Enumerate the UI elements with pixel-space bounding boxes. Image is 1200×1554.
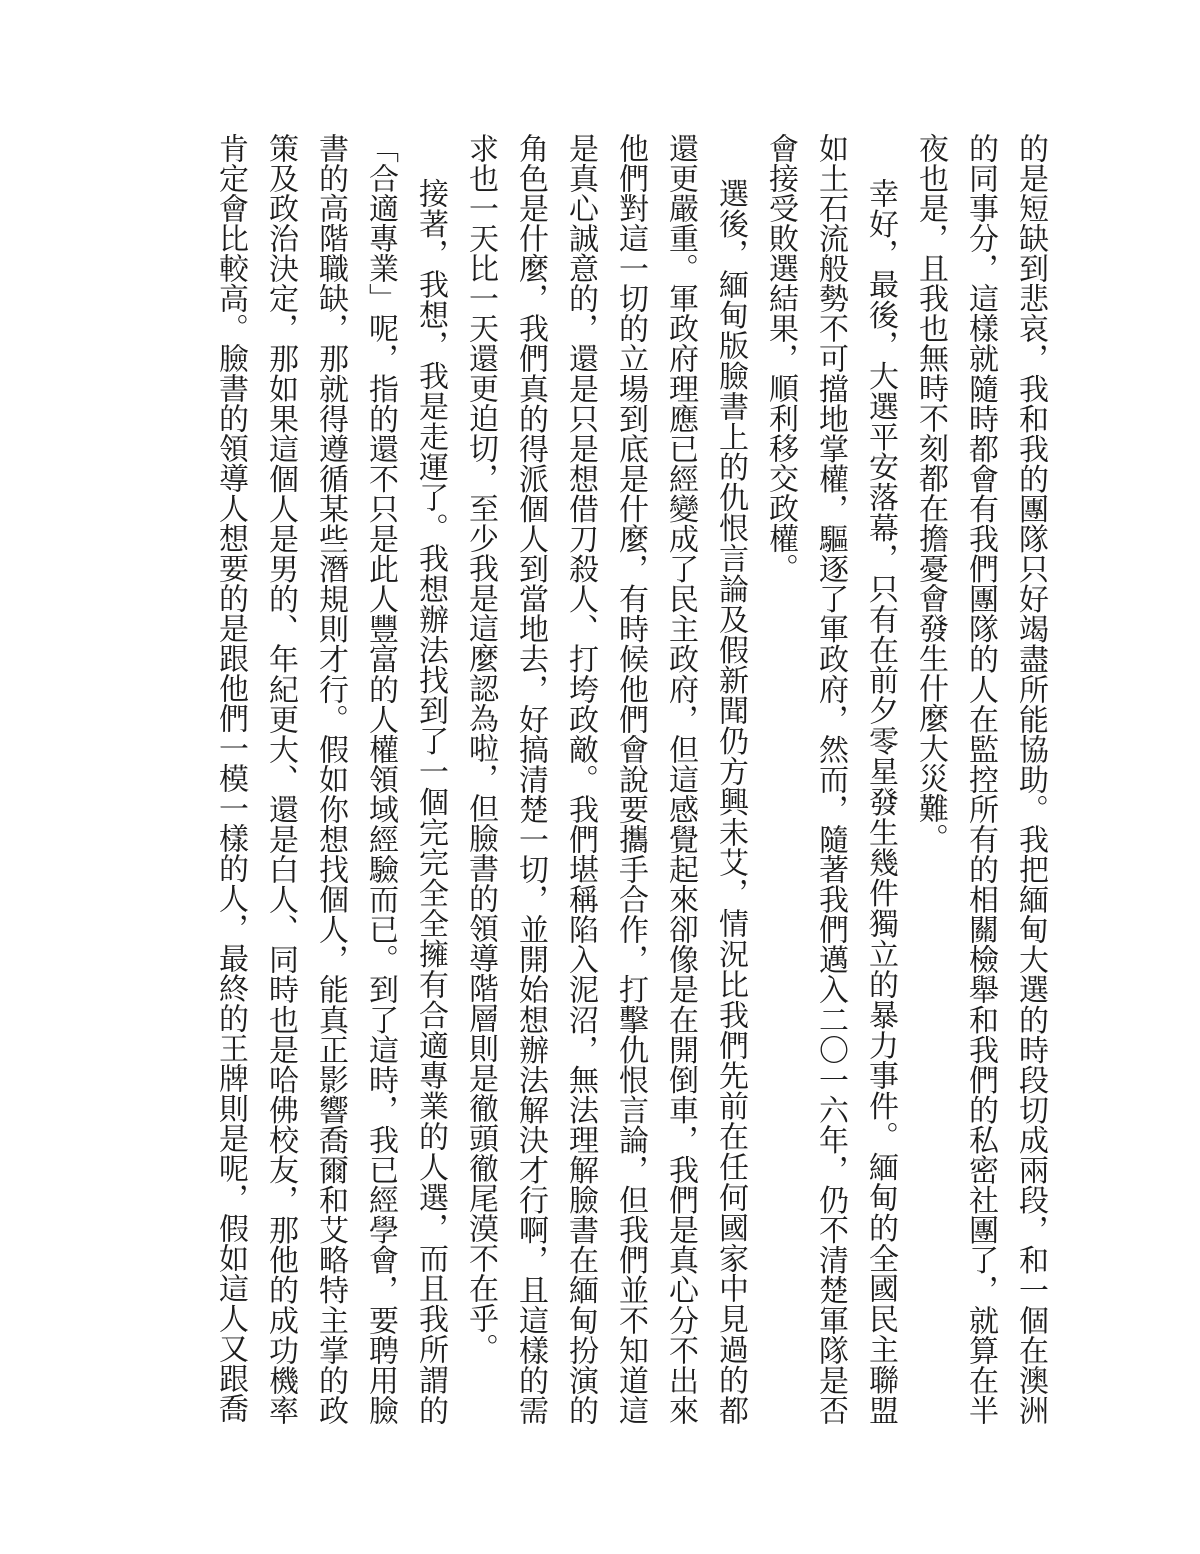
paragraph-3: 選後，緬甸版臉書上的仇恨言論及假新聞仍方興未艾，情況比我們先前在任何國家中見過的…: [455, 133, 755, 1425]
book-page: 的是短缺到悲哀，我和我的團隊只好竭盡所能協助。我把緬甸大選的時段切成兩段，和一個…: [0, 0, 1200, 1554]
page-text-block: 的是短缺到悲哀，我和我的團隊只好竭盡所能協助。我把緬甸大選的時段切成兩段，和一個…: [205, 133, 1055, 1425]
paragraph-2: 幸好，最後，大選平安落幕，只有在前夕零星發生幾件獨立的暴力事件。緬甸的全國民主聯…: [755, 133, 905, 1425]
paragraph-4: 接著，我想，我是走運了。我想辦法找到了一個完完全全擁有合適專業的人選，而且我所謂…: [205, 133, 455, 1425]
paragraph-1: 的是短缺到悲哀，我和我的團隊只好竭盡所能協助。我把緬甸大選的時段切成兩段，和一個…: [905, 133, 1055, 1425]
